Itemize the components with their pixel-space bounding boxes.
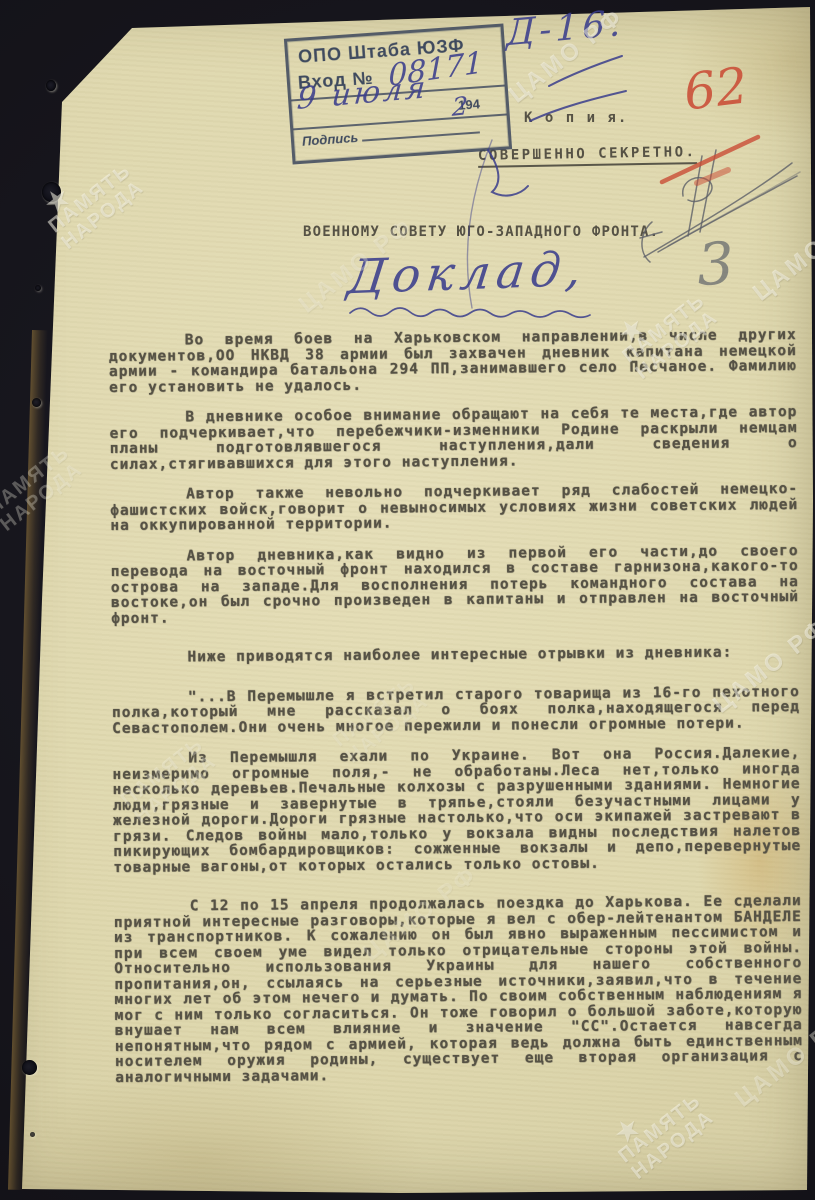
body-paragraph: Из Перемышля ехали по Украине. Вот она Р… [112,746,801,876]
punch-hole [30,1132,35,1137]
pencil-page-number: 3 [695,229,735,299]
report-body: Во время боев на Харьковском направлении… [109,328,804,1101]
punch-hole [35,285,41,291]
body-paragraph: Автор дневника,как видно из первой его ч… [111,544,800,628]
body-paragraph: "...В Перемышле я встретил старого товар… [112,684,800,737]
body-paragraph: С 12 по 15 апреля продолжалась поездка д… [114,894,804,1086]
body-paragraph: В дневнике особое внимание обращают на с… [109,405,798,473]
addressee-line: ВОЕННОМУ СОВЕТУ ЮГО-ЗАПАДНОГО ФРОНТА. [303,224,659,240]
body-paragraph: Автор также невольно подчеркивает ряд сл… [110,482,798,535]
body-paragraph: Ниже приводятся наиболее интересные отры… [111,645,799,667]
signature-label: Подпись [302,130,359,149]
signature-line [362,131,480,141]
punch-hole [46,80,56,91]
document-scan: ОПО Штаба ЮЗФ Вход № 194 Подпись 08171 9… [0,0,815,1200]
report-title-handwritten: Доклад, [345,242,591,306]
body-paragraph: Во время боев на Харьковском направлении… [109,328,798,396]
folio-number-red: 62 [681,56,751,121]
stamp-year-handwritten: 2 [452,91,469,122]
punch-hole [22,1060,37,1075]
punch-hole [32,398,41,407]
punch-hole [42,182,61,202]
copy-label: К о п и я. [524,110,628,126]
